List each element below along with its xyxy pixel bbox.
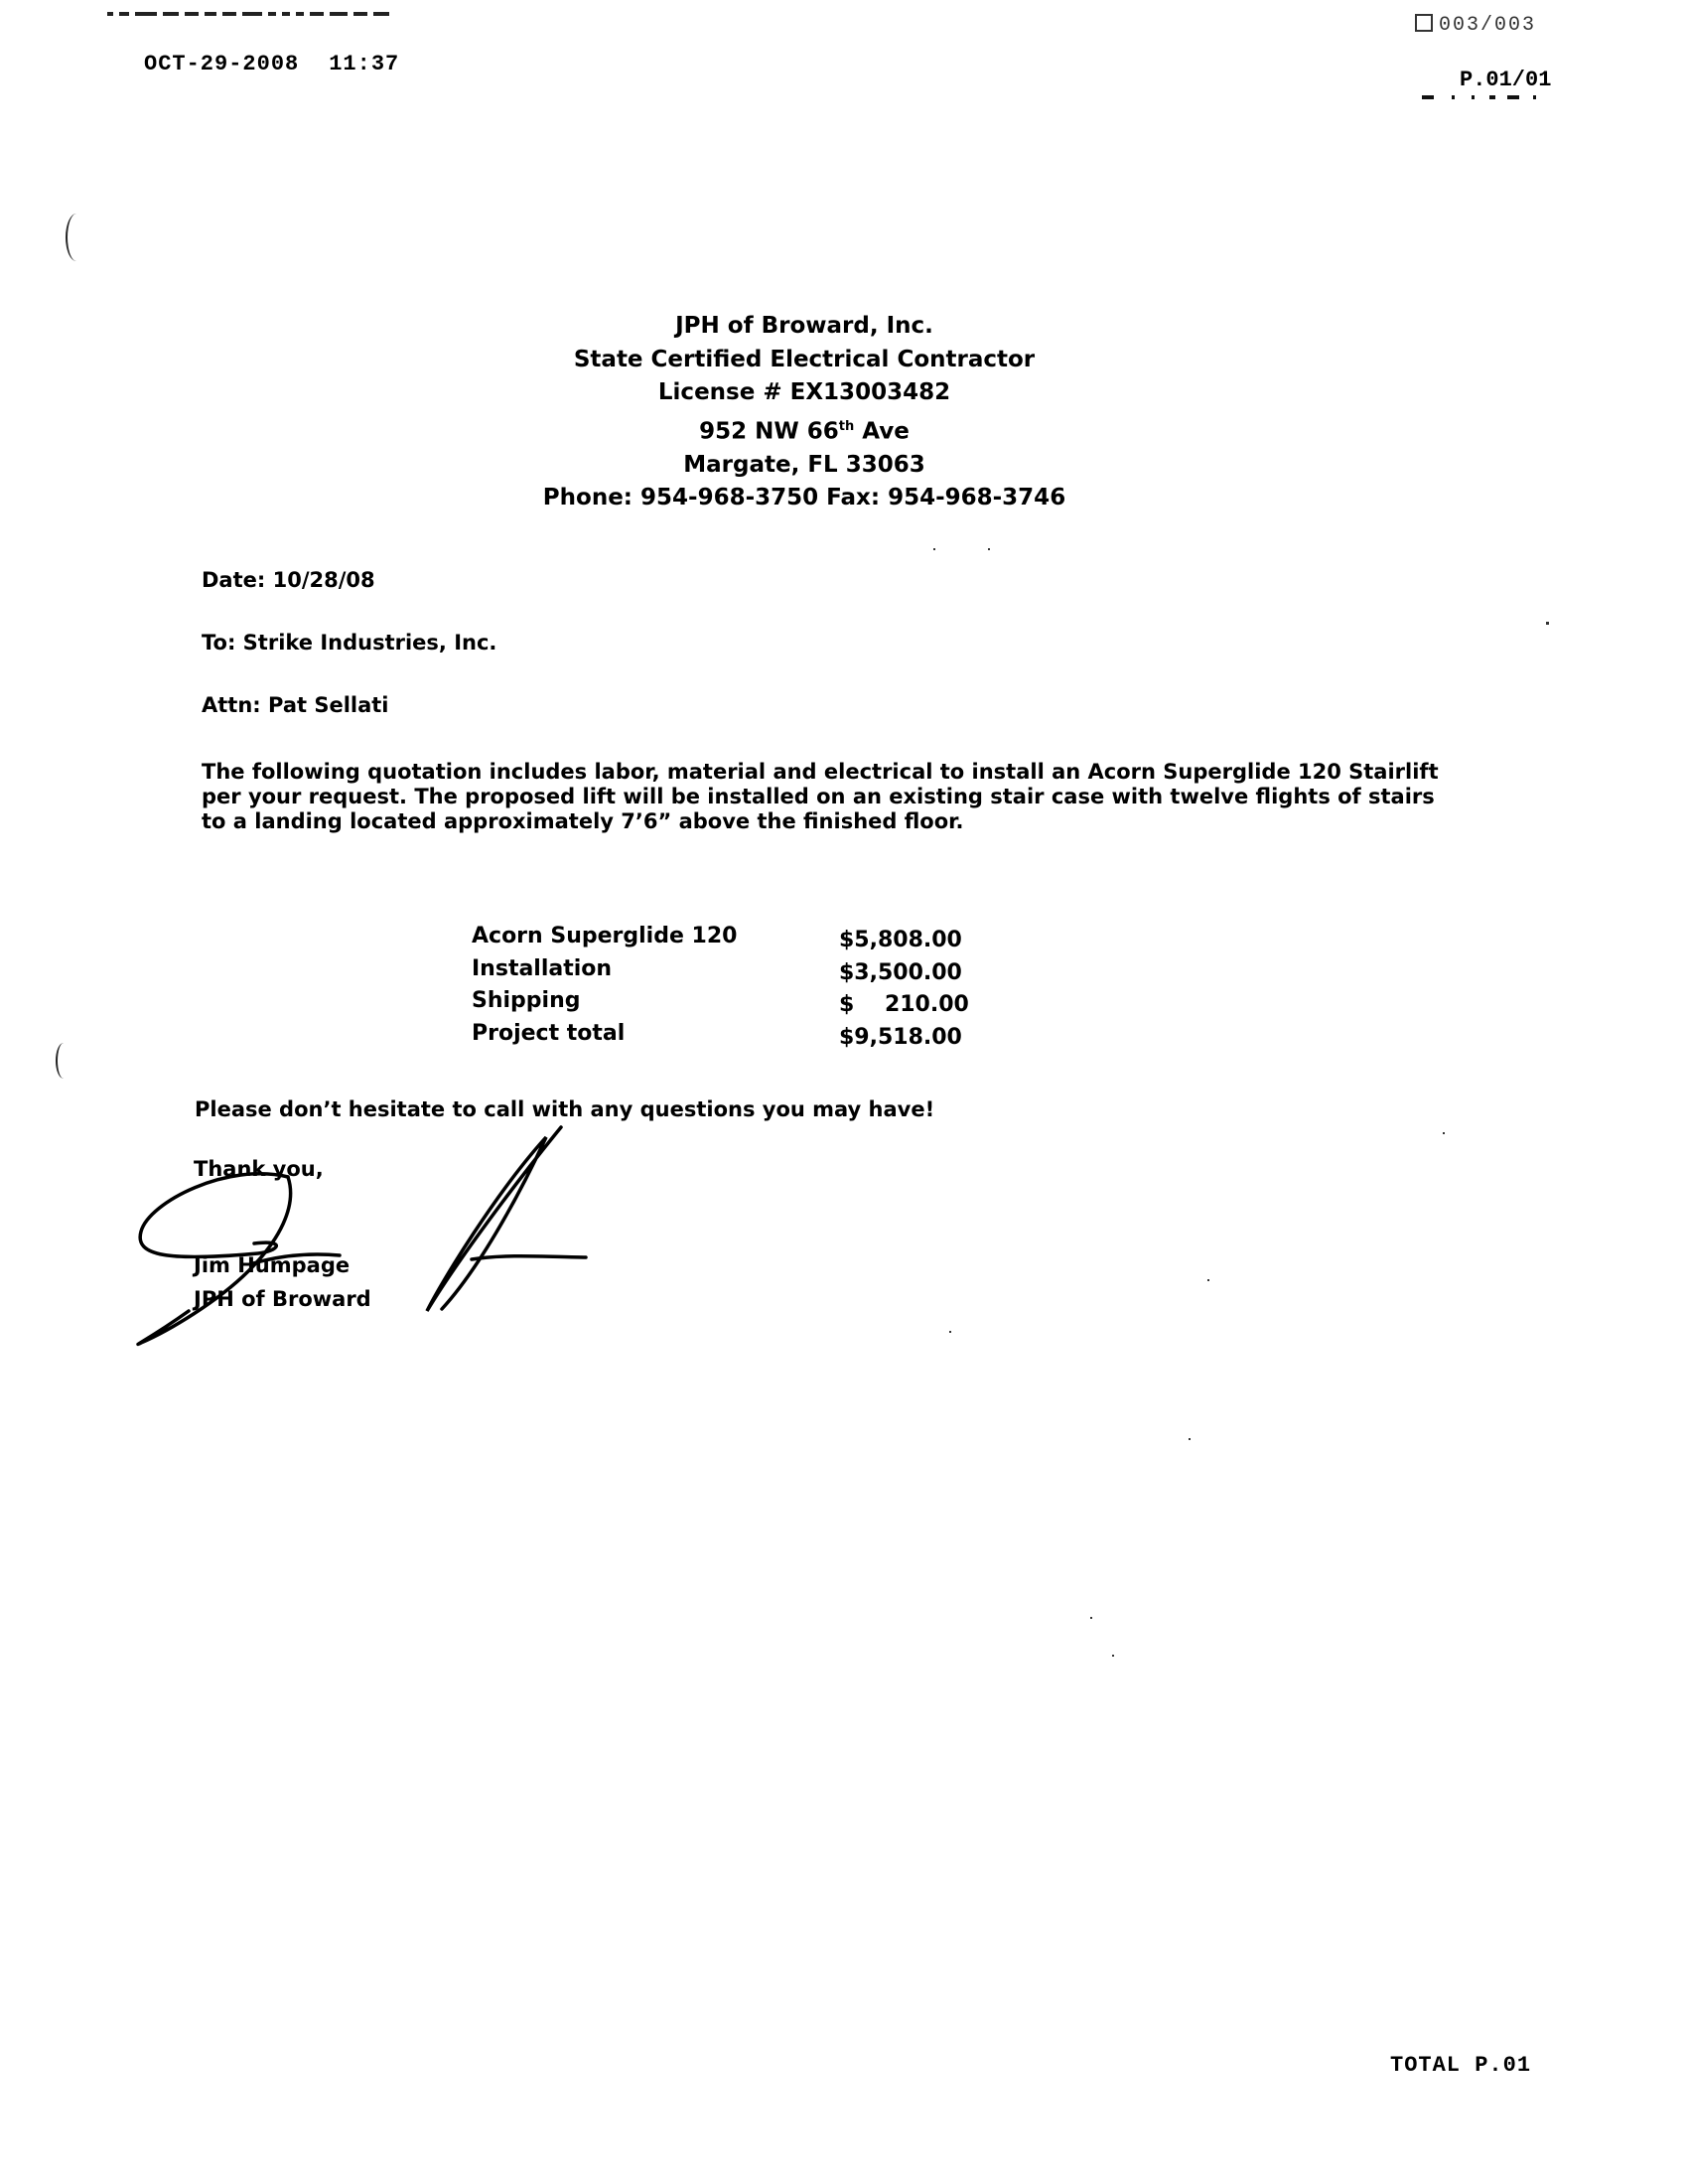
thank-you-line: Thank you, <box>194 1157 324 1181</box>
quote-item-label: Acorn Superglide 120 <box>472 924 737 948</box>
scan-speck <box>1546 622 1549 625</box>
scan-speck <box>933 548 935 550</box>
letterhead: JPH of Broward, Inc. State Certified Ele… <box>0 310 1609 515</box>
fax-page-count-text: 003/003 <box>1439 14 1536 37</box>
punch-hole-mark <box>66 214 87 261</box>
punch-hole-mark <box>56 1043 71 1079</box>
paragraph-line: The following quotation includes labor, … <box>202 760 1439 785</box>
scan-speck <box>1090 1617 1092 1619</box>
scan-speck <box>988 548 990 550</box>
fax-document-page: OCT-29-200811:37 003/003 P.01/01 JPH of … <box>0 0 1688 2184</box>
company-tagline: State Certified Electrical Contractor <box>0 344 1609 377</box>
quote-item-amount: $5,808.00 <box>839 928 962 952</box>
street-address: 952 NW 66th Ave <box>0 410 1609 449</box>
scan-speck <box>1189 1438 1191 1440</box>
quote-total-label: Project total <box>472 1021 625 1046</box>
quote-total-amount: $9,518.00 <box>839 1025 962 1050</box>
quote-item-label: Installation <box>472 956 612 981</box>
quote-item-label: Shipping <box>472 988 581 1013</box>
fax-scan-marks <box>1422 95 1551 101</box>
company-name: JPH of Broward, Inc. <box>0 310 1609 344</box>
fax-machine-icon <box>1415 14 1433 32</box>
quote-item-amount: $ 210.00 <box>839 992 969 1017</box>
scan-speck <box>1207 1279 1209 1281</box>
letter-date: Date: 10/28/08 <box>202 568 375 592</box>
clipped-fax-header <box>107 6 405 20</box>
license-number: License # EX13003482 <box>0 376 1609 410</box>
signer-name: Jim Humpage <box>194 1253 350 1277</box>
phone-fax: Phone: 954-968-3750 Fax: 954-968-3746 <box>0 482 1609 515</box>
city-state-zip: Margate, FL 33063 <box>0 449 1609 483</box>
letter-attention: Attn: Pat Sellati <box>202 693 389 717</box>
fax-total-pages: TOTAL P.01 <box>1390 2053 1531 2078</box>
paragraph-line: to a landing located approximately 7’6” … <box>202 809 1439 834</box>
letter-recipient: To: Strike Industries, Inc. <box>202 631 496 655</box>
fax-transmit-date: OCT-29-2008 <box>144 52 299 76</box>
quote-item-amount: $3,500.00 <box>839 960 962 985</box>
street-address-main: 952 NW 66 <box>699 418 839 444</box>
fax-transmit-time: 11:37 <box>329 52 399 76</box>
scan-speck <box>1443 1132 1445 1134</box>
signer-company: JPH of Broward <box>194 1287 371 1311</box>
street-address-ordinal: th <box>839 419 854 434</box>
fax-page-indicator: P.01/01 <box>1460 68 1551 92</box>
scan-speck <box>949 1331 951 1333</box>
fax-transmit-stamp: OCT-29-200811:37 <box>144 52 399 76</box>
paragraph-line: per your request. The proposed lift will… <box>202 785 1439 809</box>
street-address-suffix: Ave <box>854 418 910 444</box>
quotation-paragraph: The following quotation includes labor, … <box>202 760 1439 834</box>
fax-page-count: 003/003 <box>1415 14 1536 37</box>
closing-message: Please don’t hesitate to call with any q… <box>195 1097 934 1121</box>
scan-speck <box>1112 1655 1114 1657</box>
